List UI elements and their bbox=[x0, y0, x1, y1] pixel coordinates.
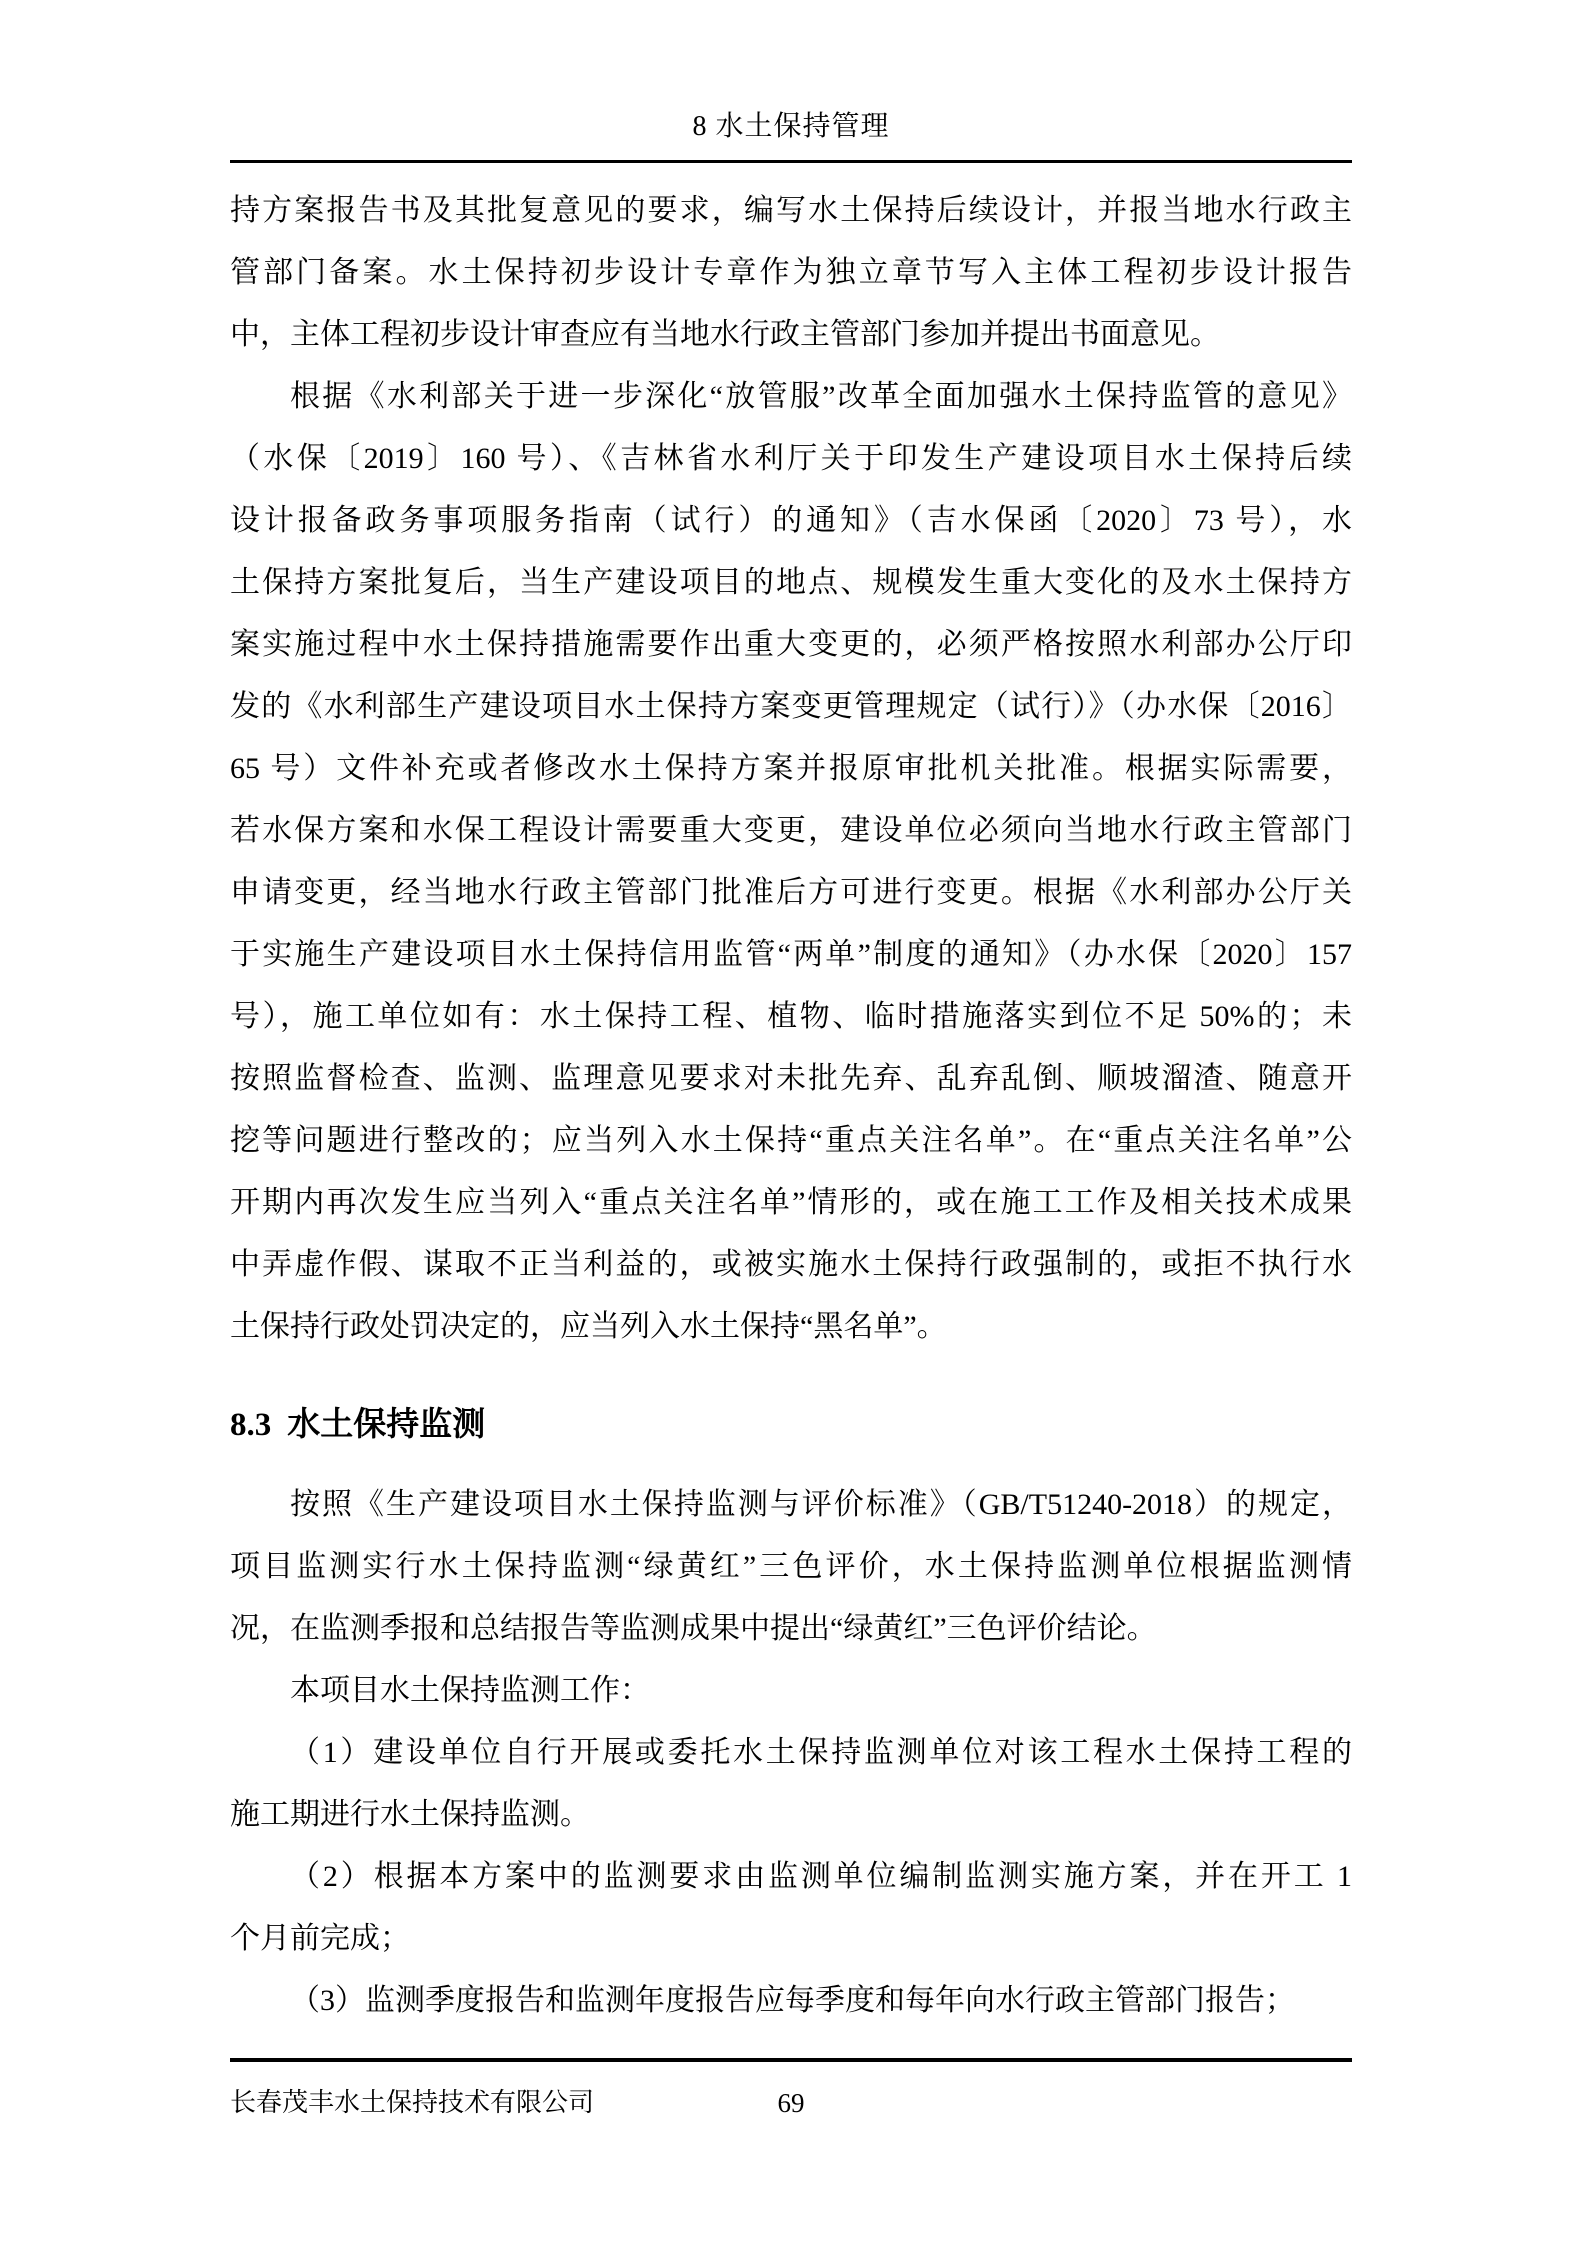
paragraph: （3）监测季度报告和监测年度报告应每季度和每年向水行政主管部门报告； bbox=[230, 1970, 1352, 2032]
text-line: 本项目水土保持监测工作： bbox=[230, 1660, 1352, 1722]
text-line: 况，在监测季报和总结报告等监测成果中提出“绿黄红”三色评价结论。 bbox=[230, 1598, 1352, 1660]
text-line: 中，主体工程初步设计审查应有当地水行政主管部门参加并提出书面意见。 bbox=[230, 304, 1352, 366]
text-line: 于实施生产建设项目水土保持信用监管“两单”制度的通知》（办水保〔2020〕157 bbox=[230, 924, 1352, 986]
page-number: 69 bbox=[230, 2086, 1352, 2120]
document-page: 8 水土保持管理 持方案报告书及其批复意见的要求，编写水土保持后续设计，并报当地… bbox=[0, 0, 1587, 2245]
text-line: 号），施工单位如有：水土保持工程、植物、临时措施落实到位不足 50%的；未 bbox=[230, 986, 1352, 1048]
paragraph: （2）根据本方案中的监测要求由监测单位编制监测实施方案，并在开工 1 个月前完成… bbox=[230, 1846, 1352, 1970]
text-line: 发的《水利部生产建设项目水土保持方案变更管理规定（试行）》（办水保〔2016〕 bbox=[230, 676, 1352, 738]
text-line: 设计报备政务事项服务指南（试行）的通知》（吉水保函〔2020〕73 号），水 bbox=[230, 490, 1352, 552]
text-line: （2）根据本方案中的监测要求由监测单位编制监测实施方案，并在开工 1 bbox=[230, 1846, 1352, 1908]
text-line: 中弄虚作假、谋取不正当利益的，或被实施水土保持行政强制的，或拒不执行水 bbox=[230, 1234, 1352, 1296]
section-title: 水土保持监测 bbox=[287, 1407, 485, 1443]
text-line: 管部门备案。水土保持初步设计专章作为独立章节写入主体工程初步设计报告 bbox=[230, 242, 1352, 304]
text-line: 开期内再次发生应当列入“重点关注名单”情形的，或在施工工作及相关技术成果 bbox=[230, 1172, 1352, 1234]
text-line: （水保〔2019〕160 号）、《吉林省水利厅关于印发生产建设项目水土保持后续 bbox=[230, 428, 1352, 490]
page-header: 8 水土保持管理 bbox=[230, 0, 1352, 146]
text-line: 若水保方案和水保工程设计需要重大变更，建设单位必须向当地水行政主管部门 bbox=[230, 800, 1352, 862]
text-line: 土保持行政处罚决定的，应当列入水土保持“黑名单”。 bbox=[230, 1296, 1352, 1358]
footer-row: 长春茂丰水土保持技术有限公司 69 bbox=[230, 2086, 1352, 2126]
section-number: 8.3 bbox=[230, 1407, 271, 1443]
text-line: 个月前完成； bbox=[230, 1908, 1352, 1970]
text-line: 65 号）文件补充或者修改水土保持方案并报原审批机关批准。根据实际需要， bbox=[230, 738, 1352, 800]
text-line: 按照监督检查、监测、监理意见要求对未批先弃、乱弃乱倒、顺坡溜渣、随意开 bbox=[230, 1048, 1352, 1110]
paragraph: 按照《生产建设项目水土保持监测与评价标准》（GB/T51240-2018）的规定… bbox=[230, 1474, 1352, 1660]
paragraph: 根据《水利部关于进一步深化“放管服”改革全面加强水土保持监管的意见》 （水保〔2… bbox=[230, 366, 1352, 1358]
text-line: （3）监测季度报告和监测年度报告应每季度和每年向水行政主管部门报告； bbox=[230, 1970, 1352, 2032]
text-line: 根据《水利部关于进一步深化“放管服”改革全面加强水土保持监管的意见》 bbox=[230, 366, 1352, 428]
text-line: 挖等问题进行整改的；应当列入水土保持“重点关注名单”。在“重点关注名单”公 bbox=[230, 1110, 1352, 1172]
chapter-title: 8 水土保持管理 bbox=[230, 108, 1352, 146]
footer-rule bbox=[230, 2058, 1352, 2062]
section-heading: 8.3水土保持监测 bbox=[230, 1394, 1352, 1456]
paragraph: （1）建设单位自行开展或委托水土保持监测单位对该工程水土保持工程的 施工期进行水… bbox=[230, 1722, 1352, 1846]
text-line: 施工期进行水土保持监测。 bbox=[230, 1784, 1352, 1846]
text-line: 案实施过程中水土保持措施需要作出重大变更的，必须严格按照水利部办公厅印 bbox=[230, 614, 1352, 676]
page-footer: 长春茂丰水土保持技术有限公司 69 bbox=[230, 2058, 1352, 2126]
paragraph: 持方案报告书及其批复意见的要求，编写水土保持后续设计，并报当地水行政主 管部门备… bbox=[230, 180, 1352, 366]
text-line: 申请变更，经当地水行政主管部门批准后方可进行变更。根据《水利部办公厅关 bbox=[230, 862, 1352, 924]
text-line: 持方案报告书及其批复意见的要求，编写水土保持后续设计，并报当地水行政主 bbox=[230, 180, 1352, 242]
text-line: 按照《生产建设项目水土保持监测与评价标准》（GB/T51240-2018）的规定… bbox=[230, 1474, 1352, 1536]
text-line: （1）建设单位自行开展或委托水土保持监测单位对该工程水土保持工程的 bbox=[230, 1722, 1352, 1784]
document-body: 持方案报告书及其批复意见的要求，编写水土保持后续设计，并报当地水行政主 管部门备… bbox=[230, 180, 1352, 2032]
text-line: 项目监测实行水土保持监测“绿黄红”三色评价，水土保持监测单位根据监测情 bbox=[230, 1536, 1352, 1598]
text-line: 土保持方案批复后，当生产建设项目的地点、规模发生重大变化的及水土保持方 bbox=[230, 552, 1352, 614]
paragraph: 本项目水土保持监测工作： bbox=[230, 1660, 1352, 1722]
header-rule bbox=[230, 160, 1352, 163]
